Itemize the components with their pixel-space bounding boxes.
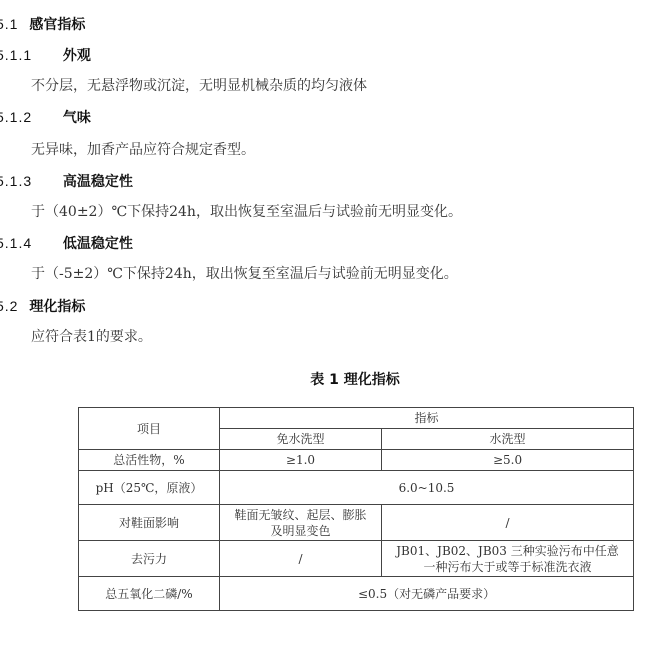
table-row: pH（25℃，原液） 6.0~10.5	[79, 471, 634, 505]
row-item: 总五氧化二磷/%	[79, 577, 220, 611]
header-waterless: 免水洗型	[220, 429, 382, 450]
section-title: 理化指标	[29, 299, 85, 315]
row-waterless-line1: 鞋面无皱纹、起层、膨胀	[222, 507, 379, 523]
section-number: 5.1.3	[0, 172, 54, 190]
table-caption: 表 1 理化指标	[300, 369, 410, 389]
section-title: 低温稳定性	[63, 236, 133, 252]
row-washable: ≥5.0	[382, 450, 634, 471]
section-number: 5.2	[0, 298, 18, 314]
section-number: 5.1.4	[0, 234, 54, 252]
section-body-5-1-3: 于（40±2）℃下保持24h，取出恢复至室温后与试验前无明显变化。	[31, 203, 462, 221]
row-washable-line1: JB01、JB02、JB03 三种实验污布中任意	[384, 543, 631, 559]
row-item: 总活性物，%	[79, 450, 220, 471]
row-waterless-line2: 及明显变色	[222, 523, 379, 539]
section-title: 高温稳定性	[63, 174, 133, 190]
section-number: 5.1	[0, 16, 18, 32]
table-row: 总活性物，% ≥1.0 ≥5.0	[79, 450, 634, 471]
row-washable-line2: 一种污布大于或等于标准洗衣液	[384, 559, 631, 575]
section-body-5-1-2: 无异味，加香产品应符合规定香型。	[31, 141, 255, 159]
section-heading-5-1-4: 5.1.4 低温稳定性	[0, 234, 133, 253]
table-row: 对鞋面影响 鞋面无皱纹、起层、膨胀 及明显变色 /	[79, 505, 634, 541]
row-waterless: 鞋面无皱纹、起层、膨胀 及明显变色	[220, 505, 382, 541]
section-number: 5.1.1	[0, 46, 54, 64]
row-merged-value: 6.0~10.5	[220, 471, 634, 505]
row-waterless: /	[220, 541, 382, 577]
section-heading-5-2: 5.2 理化指标	[0, 297, 85, 316]
row-washable: JB01、JB02、JB03 三种实验污布中任意 一种污布大于或等于标准洗衣液	[382, 541, 634, 577]
section-heading-5-1-1: 5.1.1 外观	[0, 46, 91, 65]
header-washable: 水洗型	[382, 429, 634, 450]
section-body-5-1-4: 于（-5±2）℃下保持24h，取出恢复至室温后与试验前无明显变化。	[31, 265, 458, 283]
spec-table: 项目 指标 免水洗型 水洗型 总活性物，% ≥1.0 ≥5.0 pH（25℃，原…	[78, 407, 634, 611]
section-title: 气味	[63, 110, 91, 126]
row-item: 对鞋面影响	[79, 505, 220, 541]
section-heading-5-1-3: 5.1.3 高温稳定性	[0, 172, 133, 191]
header-item: 项目	[79, 408, 220, 450]
section-heading-5-1: 5.1 感官指标	[0, 15, 85, 34]
table-row: 去污力 / JB01、JB02、JB03 三种实验污布中任意 一种污布大于或等于…	[79, 541, 634, 577]
header-indicator: 指标	[220, 408, 634, 429]
table-header-row: 项目 指标	[79, 408, 634, 429]
section-number: 5.1.2	[0, 108, 54, 126]
row-item: pH（25℃，原液）	[79, 471, 220, 505]
row-washable: /	[382, 505, 634, 541]
row-waterless: ≥1.0	[220, 450, 382, 471]
section-body-5-1-1: 不分层，无悬浮物或沉淀，无明显机械杂质的均匀液体	[31, 77, 367, 95]
section-heading-5-1-2: 5.1.2 气味	[0, 108, 91, 127]
row-merged-value: ≤0.5（对无磷产品要求）	[220, 577, 634, 611]
row-item: 去污力	[79, 541, 220, 577]
table-row: 总五氧化二磷/% ≤0.5（对无磷产品要求）	[79, 577, 634, 611]
section-body-5-2: 应符合表1的要求。	[31, 328, 152, 346]
section-title: 外观	[63, 48, 91, 64]
section-title: 感官指标	[29, 17, 85, 33]
